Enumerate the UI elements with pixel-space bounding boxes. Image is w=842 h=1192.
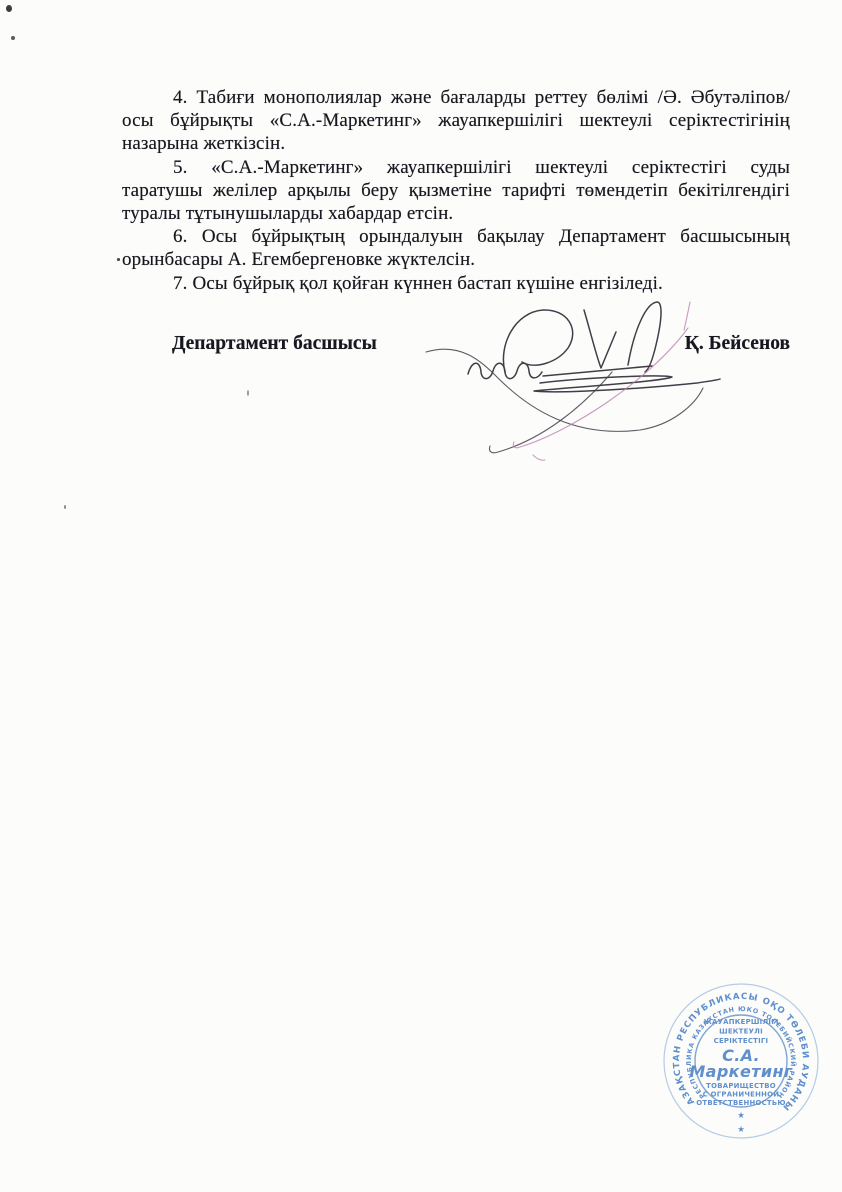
scan-speck — [117, 258, 120, 261]
handwritten-signature — [405, 293, 735, 473]
order-body-text: 4. Табиғи монополиялар және бағаларды ре… — [122, 86, 790, 295]
scan-speck — [6, 5, 12, 12]
stamp-footer-line: ТОВАРИЩЕСТВО — [706, 1082, 776, 1090]
body-line: таратушы желілер арқылы беру қызметіне т… — [122, 179, 790, 202]
body-line: назарына жеткізсін. — [122, 132, 790, 155]
company-stamp: ҚАЗАҚСТАН РЕСПУБЛИКАСЫ ОҚО ТӨЛЕБИ АУДАНЫ… — [654, 974, 828, 1148]
body-line: 6. Осы бұйрықтың орындалуын бақылау Депа… — [122, 225, 790, 248]
body-line: осы бұйрықты «С.А.-Маркетинг» жауапкерші… — [122, 109, 790, 132]
body-line: орынбасары А. Егембергеновке жүктелсін. — [122, 248, 790, 271]
stamp-star-outer: ★ — [737, 1124, 745, 1134]
stamp-footer-line: С ОГРАНИЧЕННОЙ — [703, 1090, 780, 1099]
body-line: туралы тұтынушыларды хабардар етсін. — [122, 202, 790, 225]
stamp-star-inner: ★ — [737, 1110, 745, 1120]
stamp-company-name-2: Маркетинг — [689, 1062, 793, 1081]
stamp-center-line: ШЕКТЕУЛІ — [719, 1028, 763, 1036]
signatory-title: Департамент басшысы — [172, 333, 377, 355]
stamp-center-line: ЖАУАПКЕРШІЛІГІ — [703, 1018, 778, 1026]
scan-speck — [64, 505, 66, 509]
scanned-page: 4. Табиғи монополиялар және бағаларды ре… — [0, 0, 842, 1192]
scan-speck — [247, 390, 249, 396]
stamp-center-line: СЕРІКТЕСТІГІ — [714, 1037, 769, 1045]
stamp-footer-line: ОТВЕТСТВЕННОСТЬЮ — [696, 1099, 785, 1107]
body-line: 7. Осы бұйрық қол қойған күннен бастап к… — [122, 272, 790, 295]
body-line: 5. «С.А.-Маркетинг» жауапкершілігі шекте… — [122, 156, 790, 179]
body-line: 4. Табиғи монополиялар және бағаларды ре… — [122, 86, 790, 109]
scan-speck — [11, 36, 15, 40]
